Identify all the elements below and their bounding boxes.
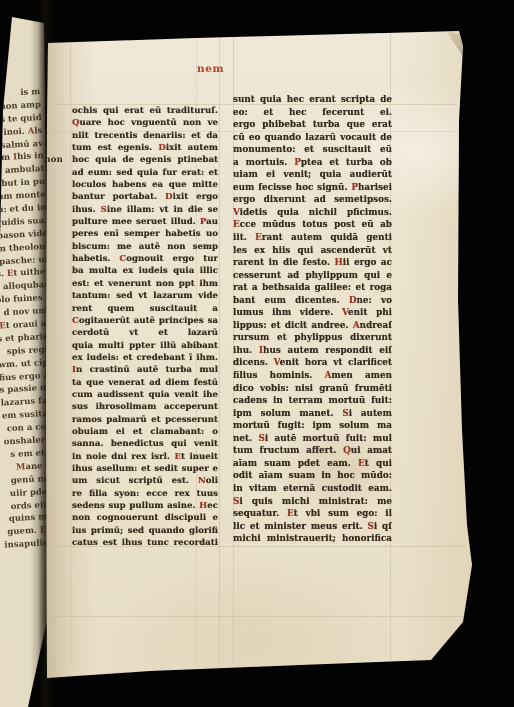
text-line: ihu. Ihus autem respondit eiſ bbox=[233, 345, 392, 358]
text-line: iit. Erant autem quidā genti bbox=[233, 232, 392, 245]
text-line: biscum: me autē non semp bbox=[72, 241, 218, 253]
text-line: obuiam ei et clamabant: o bbox=[72, 426, 218, 438]
text-line: sedens sup pullum asine. Hec bbox=[72, 500, 218, 512]
text-line: in vitam eternā custodit eam. bbox=[233, 483, 392, 496]
text-line: tum fructum affert. Qui amat bbox=[233, 445, 392, 458]
text-line: mortuū fugit: ipm solum ma bbox=[233, 420, 392, 433]
text-line: ex iudeis: et credebant ī ihm. bbox=[72, 352, 218, 364]
text-line: habetis. Cognouit ergo tur bbox=[72, 253, 218, 265]
text-line: hoc quia de egenis ptinebat bbox=[72, 154, 218, 166]
text-line: re filia syon: ecce rex tuus ueīt bbox=[72, 488, 218, 500]
text-line: cū eo quando lazarū vocauit de bbox=[233, 132, 392, 145]
text-line: ihus. Sine illam: vt in die se bbox=[72, 204, 218, 216]
text-line: ramos palmarū et pcesserunt bbox=[72, 414, 218, 426]
text-line: lippus: et dicit andree. Andreaſ bbox=[233, 320, 392, 333]
text-line: Quare hoc vnguentū non ve bbox=[72, 117, 218, 129]
text-line: lic et minister meus erit. Si qſ bbox=[233, 521, 392, 534]
text-line: in noie dni rex isrl. Et inueit bbox=[72, 451, 218, 463]
text-line: eum fecisse hoc signū. Pharisei bbox=[233, 182, 392, 195]
text-line: um sicut scriptū est. Noli time bbox=[72, 475, 218, 487]
text-line: In crastinū autē turba mul bbox=[72, 364, 218, 376]
text-line: ihus asellum: et sedit super e bbox=[72, 463, 218, 475]
text-line: Videtis quia nichil pficimus. bbox=[233, 207, 392, 220]
text-line: ba multa ex iudeis quia illic bbox=[72, 265, 218, 277]
text-line: sunt quia hec erant scripta de bbox=[233, 94, 392, 107]
text-line: dico vobis: nisi granū frumēti bbox=[233, 383, 392, 396]
text-column-left: ochis qui erat eū tradituruſ.Quare hoc v… bbox=[72, 105, 218, 549]
text-line: bant eum dicentes. Dne: vo bbox=[233, 295, 392, 308]
manuscript-photo: is mnon amps te quider inoi. Alspsalmū a… bbox=[0, 0, 514, 707]
marginal-note-text: non bbox=[44, 155, 63, 165]
text-line: ipm solum manet. Si autem bbox=[233, 408, 392, 421]
text-line: odit aīam suam in hoc mūdo: bbox=[233, 470, 392, 483]
text-line: tantum: sed vt lazarum vide bbox=[72, 290, 218, 302]
text-line: cesserunt ad phylippum qui e bbox=[233, 270, 392, 283]
text-line: cadens in terram mortuū fuit: bbox=[233, 395, 392, 408]
text-line: ta que venerat ad diem festū bbox=[72, 377, 218, 389]
text-line: Ecce mūdus totus post eū ab bbox=[233, 219, 392, 232]
text-line: sanna. benedictus qui venit bbox=[72, 438, 218, 450]
text-line: rent quem suscitauit a mortuiſ. bbox=[72, 303, 218, 315]
text-line: net. Si autē mortuū fuit: mul bbox=[233, 433, 392, 446]
text-line: est: et venerunt non ppt ihm bbox=[72, 278, 218, 290]
page-corner-fold bbox=[446, 31, 464, 55]
text-line: monumento: et suscitauit eū bbox=[233, 144, 392, 157]
ruling-line bbox=[70, 38, 71, 666]
text-line: rarent in die festo. Hii ergo ac bbox=[233, 257, 392, 270]
text-line: uiam ei venit; quia audierūt bbox=[233, 169, 392, 182]
text-line: Cogitauerūt autē principes sa bbox=[72, 315, 218, 327]
text-line: sequatur. Et vbi sum ego: il bbox=[233, 508, 392, 521]
text-line: non cognouerunt discipuli e bbox=[72, 512, 218, 524]
text-line: rat a bethsaida galilee: et roga bbox=[233, 282, 392, 295]
text-line: michi ministrauerit; honorifica bbox=[233, 533, 392, 546]
running-header: nem bbox=[197, 63, 224, 75]
text-line: ius primū; sed quando glorifi bbox=[72, 525, 218, 537]
text-line: niit trecentis denariis: et da bbox=[72, 130, 218, 142]
text-line: ad eum: sed quia fur erat: et bbox=[72, 167, 218, 179]
text-line: eo: et hec fecerunt ei. Testimoniū bbox=[233, 107, 392, 120]
text-line: catus est ihus tunc recordati bbox=[72, 537, 218, 549]
text-line: a mortuis. Pptea et turba ob bbox=[233, 157, 392, 170]
ruling-line bbox=[52, 616, 466, 617]
text-line: Si quis michi ministrat: me bbox=[233, 496, 392, 509]
text-line: rursum et phylippus dixerunt bbox=[233, 332, 392, 345]
text-line: cerdotū vt et lazarū interficerēt: bbox=[72, 327, 218, 339]
manuscript-page: nem · non ochis qui erat eū tradituruſ.Q… bbox=[0, 0, 514, 707]
text-line: quia multi ppter illū abibant bbox=[72, 340, 218, 352]
text-line: lumus ihm videre. Venit phi bbox=[233, 307, 392, 320]
text-line: peres enī semper habetis uo bbox=[72, 228, 218, 240]
text-line: filius hominis. Amen amen bbox=[233, 370, 392, 383]
text-line: les ex hiis qui ascenderūt vt ado bbox=[233, 245, 392, 258]
text-line: aīam suam pdet eam. Et qui bbox=[233, 458, 392, 471]
text-line: ergo dixerunt ad semetipsos. bbox=[233, 194, 392, 207]
text-line: ochis qui erat eū tradituruſ. bbox=[72, 105, 218, 117]
text-line: sus ihrosolimam acceperunt bbox=[72, 401, 218, 413]
text-line: tum est egenis. Dixit autem bbox=[72, 142, 218, 154]
text-line: bantur portabat. Dixit ergo bbox=[72, 191, 218, 203]
text-line: loculos habens ea que mitte bbox=[72, 179, 218, 191]
text-line: dicens. Venit hora vt clarificet bbox=[233, 357, 392, 370]
text-line: ergo phibebat turba que erat bbox=[233, 119, 392, 132]
text-line: pulture mee seruet illud. Pau bbox=[72, 216, 218, 228]
text-line: cum audissent quia venit ihe bbox=[72, 389, 218, 401]
text-column-right: sunt quia hec erant scripta deeo: et hec… bbox=[233, 94, 392, 546]
